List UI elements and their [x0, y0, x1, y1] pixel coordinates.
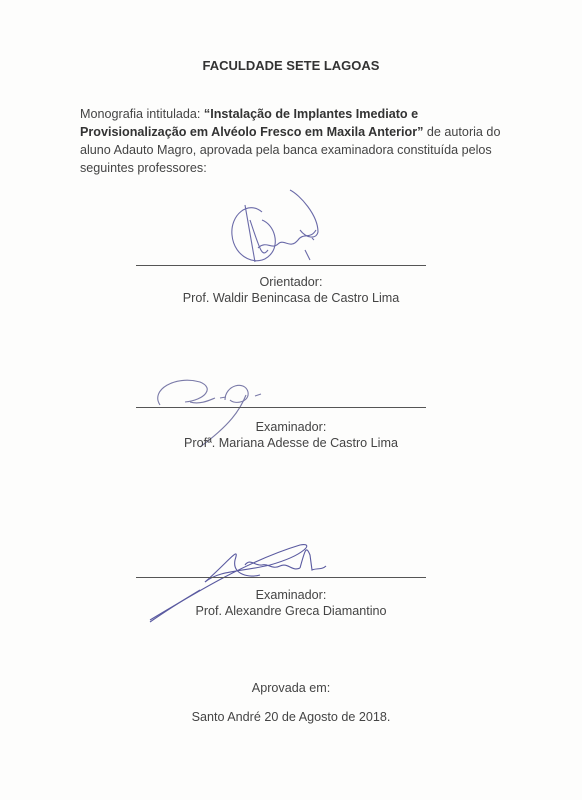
committee-member-name: Prof. Alexandre Greca Diamantino	[0, 604, 582, 618]
signature-line	[136, 577, 426, 578]
committee-role: Examinador:	[0, 588, 582, 602]
approval-place-date: Santo André 20 de Agosto de 2018.	[0, 710, 582, 724]
approval-label: Aprovada em:	[0, 681, 582, 695]
signature-examinador-2	[0, 0, 582, 800]
